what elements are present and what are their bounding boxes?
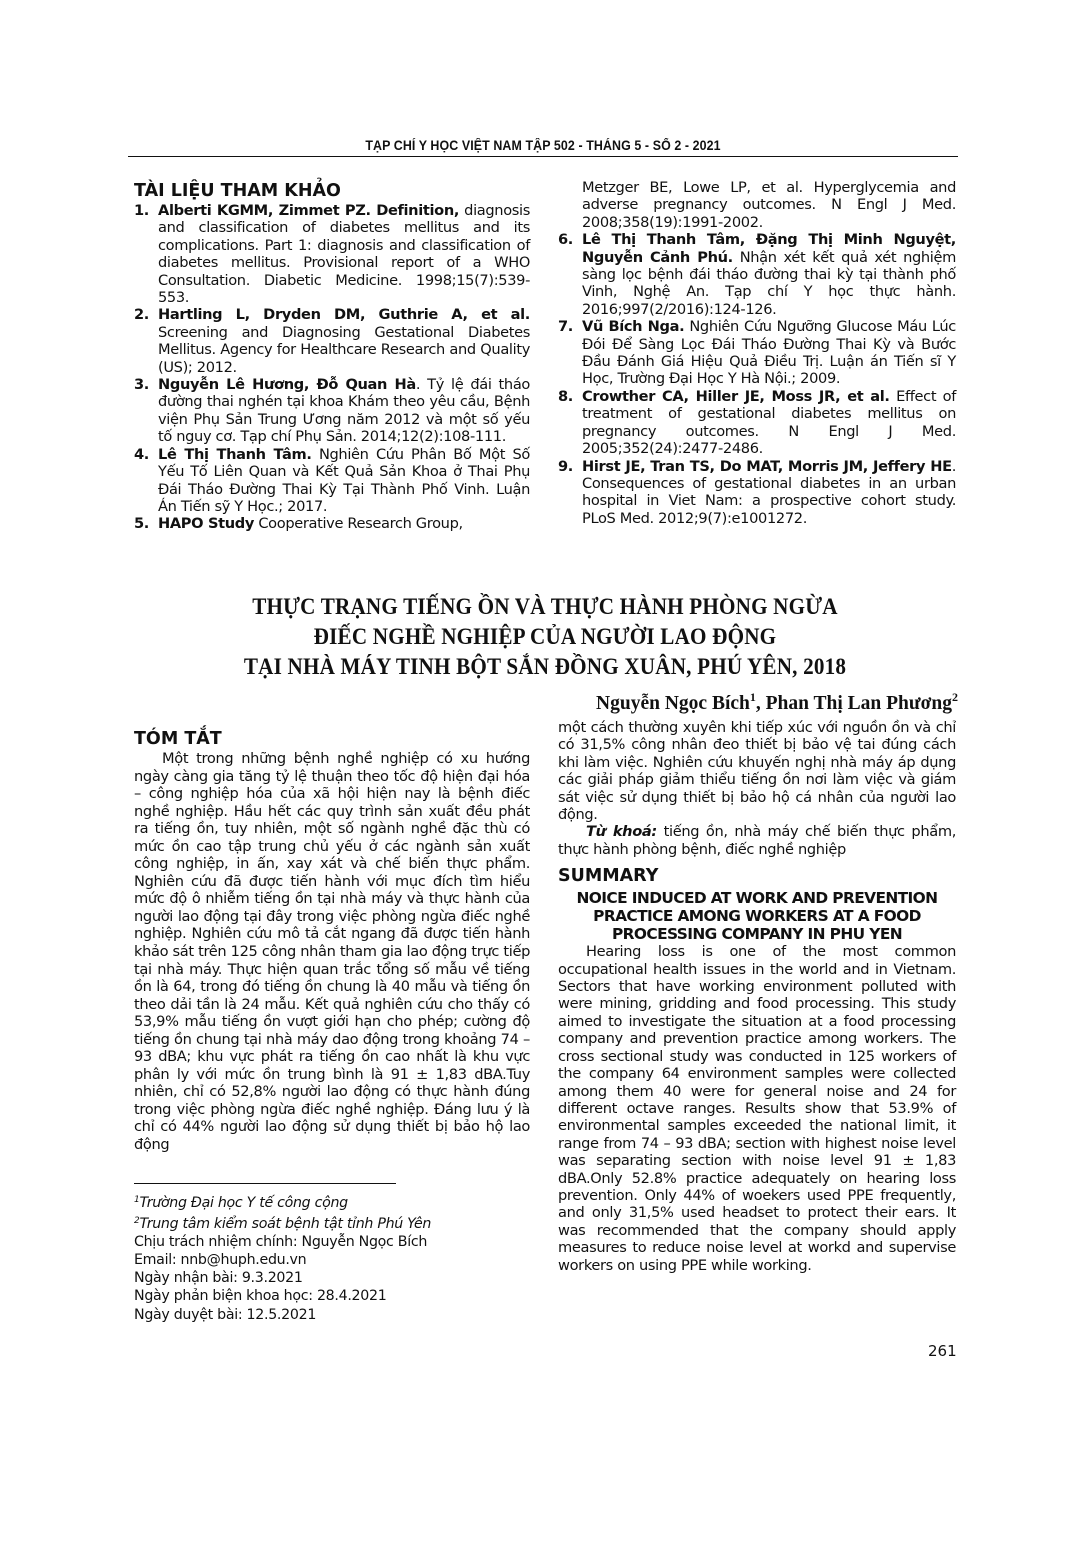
reference-item: 4.Lê Thị Thanh Tâm. Nghiên Cứu Phân Bố M… xyxy=(134,446,530,516)
author-separator: , xyxy=(756,693,766,714)
reference-text: Screening and Diagnosing Gestational Dia… xyxy=(158,324,530,376)
date-accepted: Ngày duyệt bài: 12.5.2021 xyxy=(134,1306,534,1324)
reference-number: 9. xyxy=(558,458,573,475)
reference-authors: Vũ Bích Nga. xyxy=(582,318,684,335)
reference-authors: Nguyễn Lê Hương, Đỗ Quan Hà xyxy=(158,376,416,393)
abstract-right-column: một cách thường xuyên khi tiếp xúc với n… xyxy=(558,719,956,1274)
reference-number: 6. xyxy=(558,231,573,248)
affiliation-2: 2Trung tâm kiểm soát bệnh tật tỉnh Phú Y… xyxy=(134,1212,534,1233)
running-header: TẠP CHÍ Y HỌC VIỆT NAM TẬP 502 - THÁNG 5… xyxy=(161,138,925,153)
abstract-vi-heading: TÓM TẮT xyxy=(134,729,530,750)
reference-item: 7.Vũ Bích Nga. Nghiên Cứu Ngưỡng Glucose… xyxy=(558,318,956,388)
summary-title-line: PRACTICE AMONG WORKERS AT A FOOD xyxy=(558,907,956,925)
summary-title-line: NOICE INDUCED AT WORK AND PREVENTION xyxy=(558,889,956,907)
footnote-rule xyxy=(134,1183,396,1184)
reference-list-continued: Metzger BE, Lowe LP, et al. Hyperglycemi… xyxy=(558,179,956,527)
footnotes: 1Trường Đại học Y tế công cộng 2Trung tâ… xyxy=(134,1191,534,1324)
article-title: THỰC TRẠNG TIẾNG ỒN VÀ THỰC HÀNH PHÒNG N… xyxy=(172,592,919,682)
article-title-line: TẠI NHÀ MÁY TINH BỘT SẮN ĐỒNG XUÂN, PHÚ … xyxy=(172,652,919,682)
keywords-label: Từ khoá: xyxy=(586,823,657,840)
article-title-line: ĐIẾC NGHỀ NGHIỆP CỦA NGƯỜI LAO ĐỘNG xyxy=(172,622,919,652)
reference-number: 7. xyxy=(558,318,573,335)
abstract-vi-body: Một trong những bệnh nghề nghiệp có xu h… xyxy=(134,750,530,1154)
date-received: Ngày nhận bài: 9.3.2021 xyxy=(134,1269,534,1287)
author-name: Nguyễn Ngọc Bích xyxy=(596,693,750,714)
header-rule xyxy=(128,156,958,157)
reference-item: 1.Alberti KGMM, Zimmet PZ. Definition, d… xyxy=(134,202,530,306)
date-reviewed: Ngày phản biện khoa học: 28.4.2021 xyxy=(134,1287,534,1305)
reference-item: 9.Hirst JE, Tran TS, Do MAT, Morris JM, … xyxy=(558,458,956,528)
email: Email: nnb@huph.edu.vn xyxy=(134,1251,534,1269)
page-number: 261 xyxy=(928,1342,957,1360)
reference-item: 6.Lê Thị Thanh Tâm, Đặng Thị Minh Nguyệt… xyxy=(558,231,956,318)
affiliation-text: Trung tâm kiểm soát bệnh tật tỉnh Phú Yê… xyxy=(139,1216,431,1232)
reference-number: 1. xyxy=(134,202,149,219)
affiliation-1: 1Trường Đại học Y tế công cộng xyxy=(134,1191,534,1212)
reference-number: 2. xyxy=(134,306,149,323)
abstract-vi-left: TÓM TẮT Một trong những bệnh nghề nghiệp… xyxy=(134,729,530,1154)
summary-heading: SUMMARY xyxy=(558,866,956,887)
article-title-line: THỰC TRẠNG TIẾNG ỒN VÀ THỰC HÀNH PHÒNG N… xyxy=(172,592,919,622)
reference-item-continuation: Metzger BE, Lowe LP, et al. Hyperglycemi… xyxy=(558,179,956,231)
reference-item: 2.Hartling L, Dryden DM, Guthrie A, et a… xyxy=(134,306,530,376)
affiliation-marker: 2 xyxy=(952,690,958,704)
reference-number: 8. xyxy=(558,388,573,405)
reference-list: 1.Alberti KGMM, Zimmet PZ. Definition, d… xyxy=(134,202,530,533)
references-heading: TÀI LIỆU THAM KHẢO xyxy=(134,181,530,202)
journal-page: TẠP CHÍ Y HỌC VIỆT NAM TẬP 502 - THÁNG 5… xyxy=(0,0,1090,1541)
reference-authors: Hartling L, Dryden DM, Guthrie A, et al. xyxy=(158,306,530,323)
summary-body: Hearing loss is one of the most common o… xyxy=(558,943,956,1274)
affiliation-text: Trường Đại học Y tế công cộng xyxy=(139,1195,347,1211)
reference-item: 5.HAPO Study Cooperative Research Group, xyxy=(134,515,530,532)
references-left-column: TÀI LIỆU THAM KHẢO 1.Alberti KGMM, Zimme… xyxy=(134,181,530,533)
reference-number: 4. xyxy=(134,446,149,463)
reference-number: 3. xyxy=(134,376,149,393)
reference-number: 5. xyxy=(134,515,149,532)
abstract-vi-body-continued: một cách thường xuyên khi tiếp xúc với n… xyxy=(558,719,956,823)
author-list: Nguyễn Ngọc Bích1, Phan Thị Lan Phương2 xyxy=(596,686,958,715)
reference-text: Cooperative Research Group, xyxy=(254,515,463,532)
reference-authors: Lê Thị Thanh Tâm. xyxy=(158,446,312,463)
reference-authors: Alberti KGMM, Zimmet PZ. Definition, xyxy=(158,202,459,219)
summary-title-line: PROCESSING COMPANY IN PHU YEN xyxy=(558,925,956,943)
reference-authors: Hirst JE, Tran TS, Do MAT, Morris JM, Je… xyxy=(582,458,952,475)
reference-item: 3.Nguyễn Lê Hương, Đỗ Quan Hà. Tỷ lệ đái… xyxy=(134,376,530,446)
author-name: Phan Thị Lan Phương xyxy=(766,693,952,714)
reference-text: Metzger BE, Lowe LP, et al. Hyperglycemi… xyxy=(582,179,956,231)
summary-title: NOICE INDUCED AT WORK AND PREVENTION PRA… xyxy=(558,889,956,943)
reference-item: 8.Crowther CA, Hiller JE, Moss JR, et al… xyxy=(558,388,956,458)
reference-authors: Crowther CA, Hiller JE, Moss JR, et al. xyxy=(582,388,890,405)
reference-authors: HAPO Study xyxy=(158,515,254,532)
references-right-column: Metzger BE, Lowe LP, et al. Hyperglycemi… xyxy=(558,179,956,527)
corresponding-author: Chịu trách nhiệm chính: Nguyễn Ngọc Bích xyxy=(134,1233,534,1251)
keywords: Từ khoá: tiếng ồn, nhà máy chế biến thực… xyxy=(558,823,956,858)
